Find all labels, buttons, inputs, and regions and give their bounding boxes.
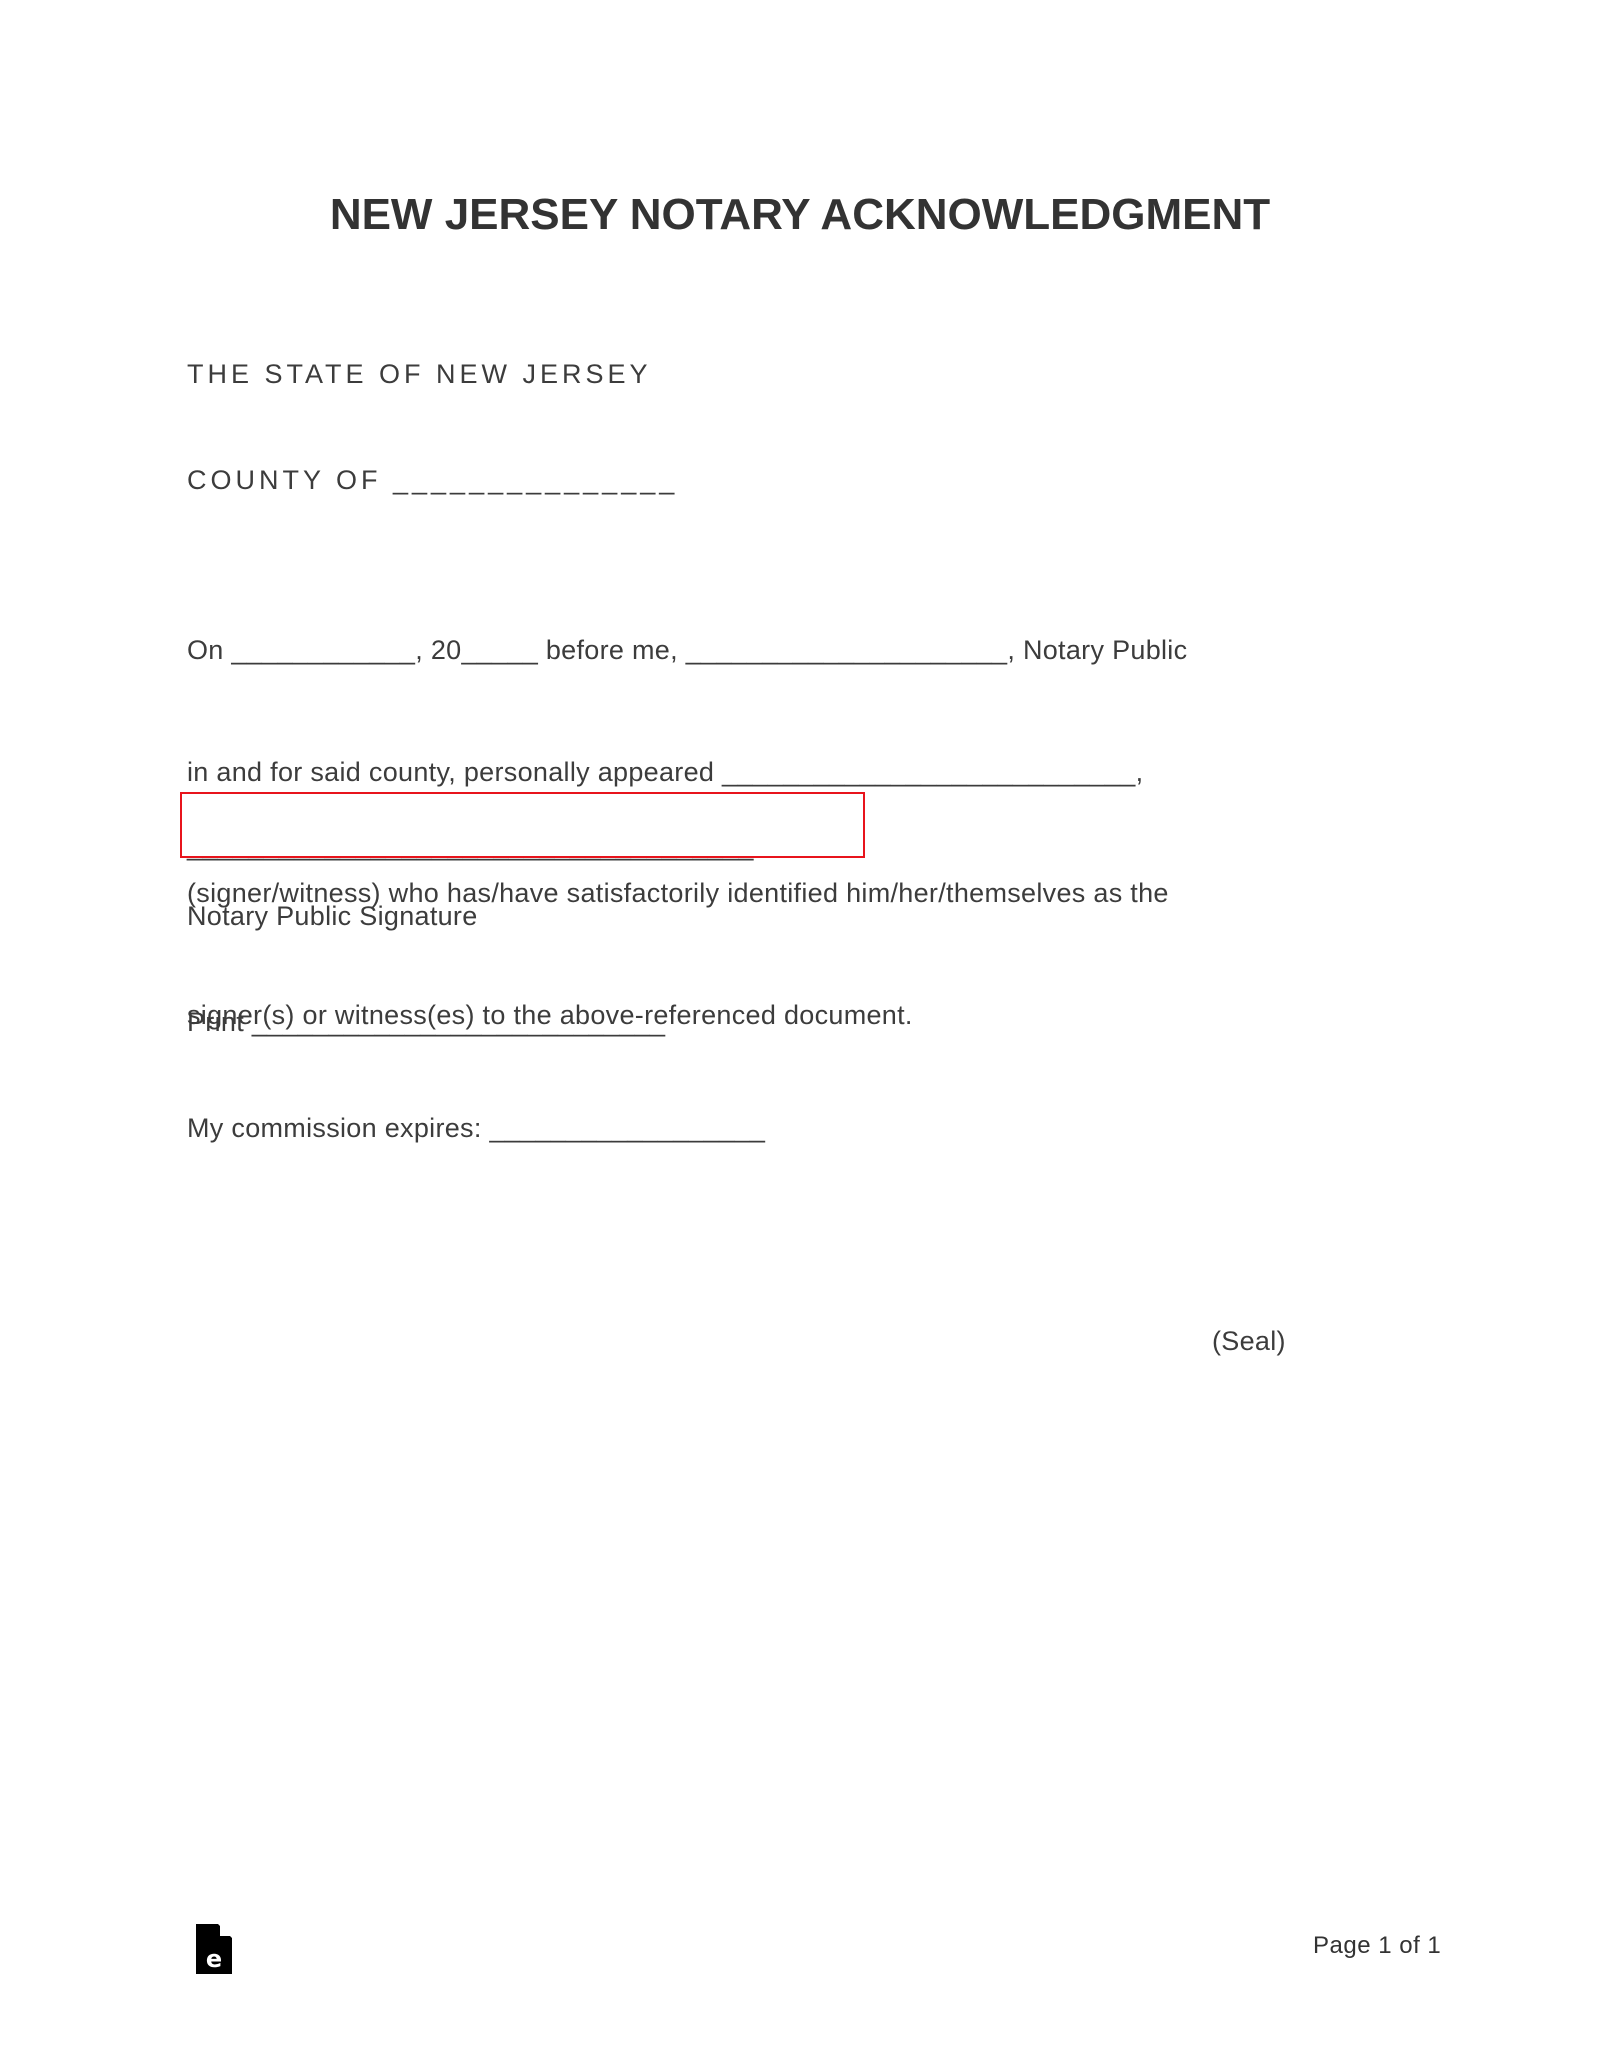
- svg-text:e: e: [206, 1945, 222, 1973]
- eforms-document-e-icon: e: [196, 1924, 232, 1974]
- state-line: THE STATE OF NEW JERSEY: [187, 358, 652, 390]
- county-field[interactable]: COUNTY OF _______________: [187, 464, 678, 496]
- notary-signature-label: Notary Public Signature: [187, 900, 478, 932]
- print-name-field[interactable]: Print ___________________________: [187, 1006, 665, 1038]
- document-title: NEW JERSEY NOTARY ACKNOWLEDGMENT: [0, 190, 1600, 240]
- notary-signature-line[interactable]: _____________________________________: [187, 830, 754, 862]
- seal-label: (Seal): [1212, 1325, 1286, 1357]
- paragraph-line-1[interactable]: On ____________, 20_____ before me, ____…: [187, 634, 1417, 692]
- commission-expires-field[interactable]: My commission expires: _________________…: [187, 1112, 765, 1144]
- page-number: Page 1 of 1: [1313, 1932, 1441, 1960]
